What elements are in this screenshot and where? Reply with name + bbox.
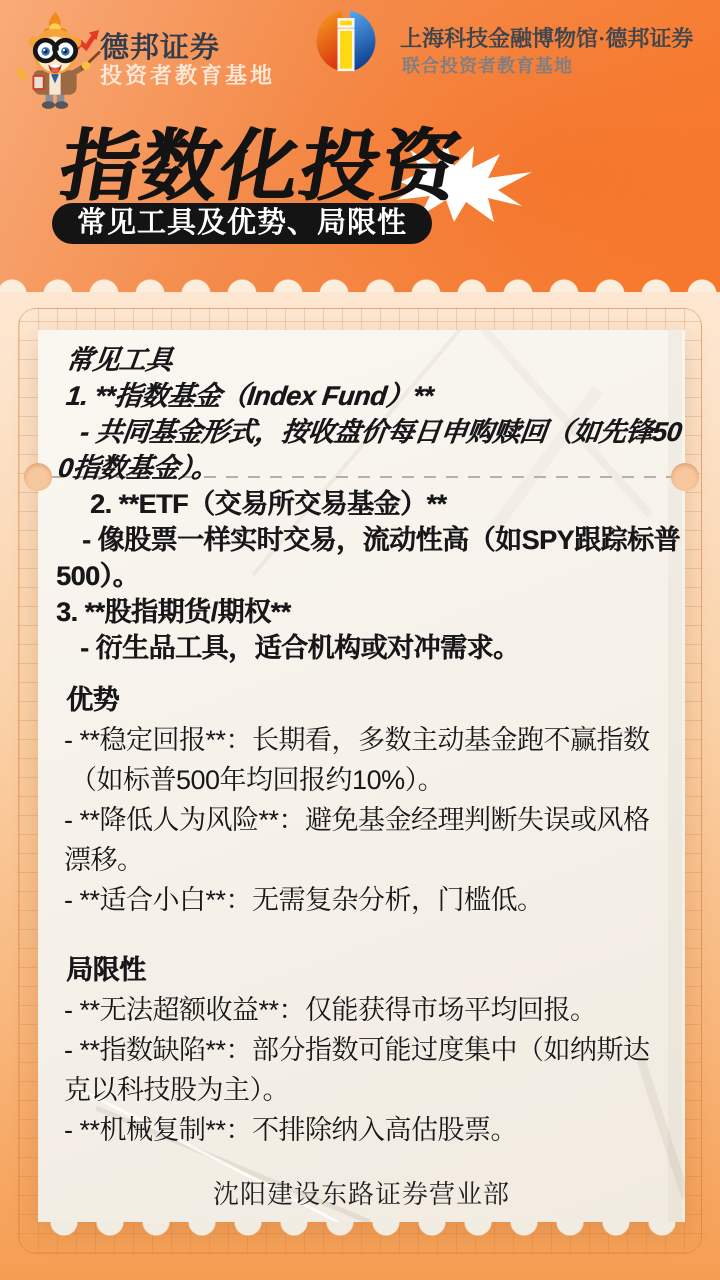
page-title: 指数化投资 xyxy=(52,104,472,216)
text-line: 500）。 xyxy=(56,558,667,594)
text-line: 3. **股指期货/期权** xyxy=(56,594,667,630)
text-line: 常见工具 xyxy=(56,342,671,378)
text-line: 局限性 xyxy=(56,950,667,990)
text-section: 优势- **稳定回报**：长期看，多数主动基金跑不赢指数（如标普500年均回报约… xyxy=(56,680,667,920)
text-section: 局限性- **无法超额收益**：仅能获得市场平均回报。- **指数缺陷**：部分… xyxy=(56,950,667,1150)
ticket-notch-right xyxy=(671,463,699,491)
card-text: 常见工具1. **指数基金（Index Fund）**- 共同基金形式，按收盘价… xyxy=(56,342,667,1150)
text-section: 常见工具1. **指数基金（Index Fund）**- 共同基金形式，按收盘价… xyxy=(56,342,667,486)
text-line: 0指数基金）。 xyxy=(56,450,671,486)
text-line: 优势 xyxy=(56,680,667,720)
text-line: 克以科技股为主）。 xyxy=(56,1070,667,1110)
mascot-icon xyxy=(8,6,102,117)
branch-name: 沈阳建设东路证券营业部 xyxy=(38,1174,685,1211)
text-line: 1. **指数基金（Index Fund）** xyxy=(56,378,671,414)
paper-note: 常见工具1. **指数基金（Index Fund）**- 共同基金形式，按收盘价… xyxy=(38,330,685,1222)
text-line: - 像股票一样实时交易，流动性高（如SPY跟踪标普 xyxy=(56,522,667,558)
subtitle-pill: 常见工具及优势、局限性 xyxy=(52,203,432,244)
header-band: 德邦证券 投资者教育基地 上海科技金融博物馆·德邦证券 联合投资者教育基地 xyxy=(0,0,720,292)
text-line: - **适合小白**：无需复杂分析，门槛低。 xyxy=(56,880,667,920)
museum-logo-icon xyxy=(313,8,379,79)
text-line: （如标普500年均回报约10%）。 xyxy=(56,760,667,800)
museum-subtitle: 联合投资者教育基地 xyxy=(402,52,573,78)
ticket-notch-left xyxy=(24,463,52,491)
text-line: - **稳定回报**：长期看，多数主动基金跑不赢指数 xyxy=(56,720,667,760)
text-line: - **机械复制**：不排除纳入高估股票。 xyxy=(56,1110,667,1150)
scallop-edge-top xyxy=(0,274,720,292)
text-section: 2. **ETF（交易所交易基金）**- 像股票一样实时交易，流动性高（如SPY… xyxy=(56,486,667,666)
text-line: - 衍生品工具，适合机构或对冲需求。 xyxy=(56,630,667,666)
text-line: 2. **ETF（交易所交易基金）** xyxy=(56,486,667,522)
text-line: - **指数缺陷**：部分指数可能过度集中（如纳斯达 xyxy=(56,1030,667,1070)
text-line: 漂移。 xyxy=(56,840,667,880)
brand-subtitle: 投资者教育基地 xyxy=(100,59,275,90)
museum-title: 上海科技金融博物馆·德邦证券 xyxy=(400,22,693,53)
text-line: - 共同基金形式，按收盘价每日申购赎回（如先锋50 xyxy=(56,414,671,450)
text-line: - **降低人为风险**：避免基金经理判断失误或风格 xyxy=(56,800,667,840)
text-line: - **无法超额收益**：仅能获得市场平均回报。 xyxy=(56,990,667,1030)
poster-page: 德邦证券 投资者教育基地 上海科技金融博物馆·德邦证券 联合投资者教育基地 xyxy=(0,0,720,1280)
scallop-edge-bottom xyxy=(38,1222,685,1237)
